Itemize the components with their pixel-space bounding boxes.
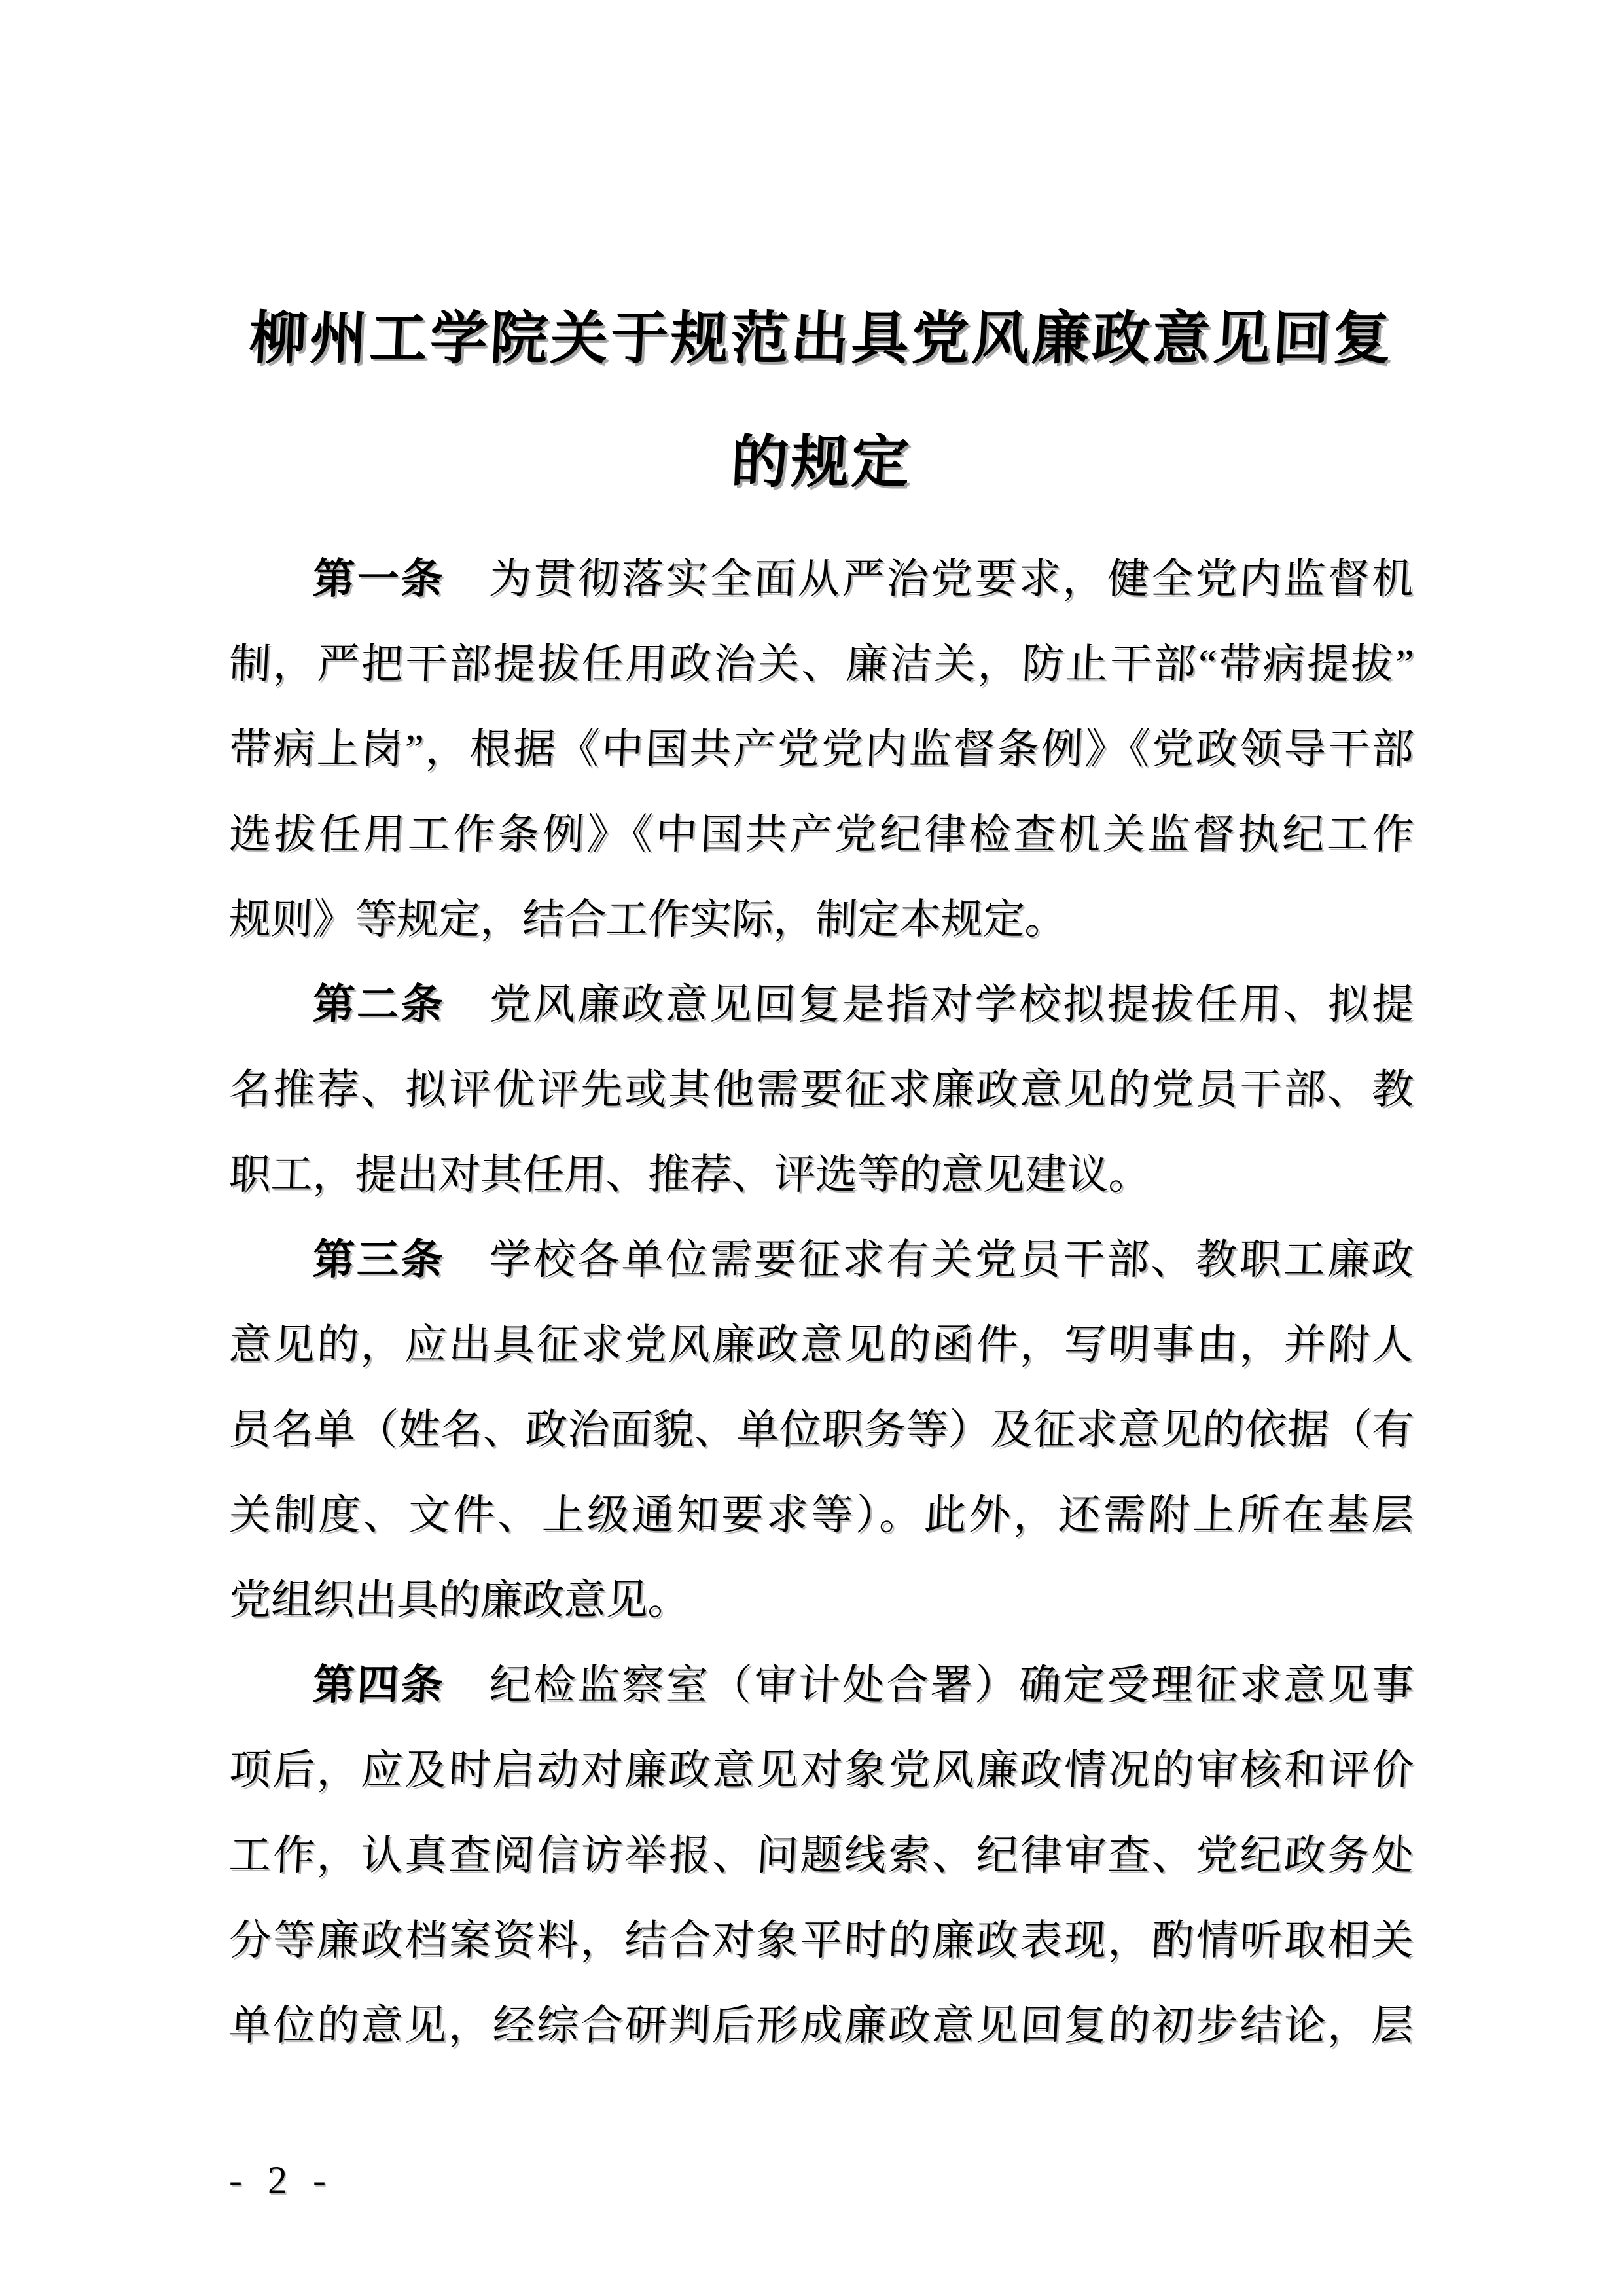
- body-line: 关制度、文件、上级通知要求等）。此外，还需附上所在基层: [227, 1473, 1416, 1558]
- body-line-text: 带病上岗”，根据《中国共产党党内监督条例》《党政领导干部: [228, 726, 1414, 772]
- document-body: 第一条 为贯彻落实全面从严治党要求，健全党内监督机 制，严把干部提拔任用政治关、…: [229, 537, 1414, 2068]
- body-line: 第四条 纪检监察室（审计处合署）确定受理征求意见事: [227, 1643, 1416, 1728]
- body-line: 名推荐、拟评优评先或其他需要征求廉政意见的党员干部、教: [227, 1047, 1416, 1132]
- body-line: 党组织出具的廉政意见。: [227, 1558, 1416, 1643]
- body-line: 第二条 党风廉政意见回复是指对学校拟提拔任用、拟提: [227, 962, 1416, 1047]
- article-label: 第二条: [312, 981, 490, 1028]
- body-line: 第一条 为贯彻落实全面从严治党要求，健全党内监督机: [227, 537, 1416, 622]
- document-title: 柳州工学院关于规范出具党风廉政意见回复 的规定: [229, 278, 1414, 525]
- body-line: 意见的，应出具征求党风廉政意见的函件，写明事由，并附人: [227, 1302, 1416, 1388]
- body-line-text: 员名单（姓名、政治面貌、单位职务等）及征求意见的依据（有: [228, 1407, 1414, 1453]
- article-label: 第一条: [312, 556, 490, 602]
- body-line-text: 职工，提出对其任用、推荐、评选等的意见建议。: [228, 1151, 1151, 1198]
- body-line-text: 选拔任用工作条例》《中国共产党纪律检查机关监督执纪工作: [228, 811, 1414, 857]
- body-line: 第三条 学校各单位需要征求有关党员干部、教职工廉政: [227, 1217, 1416, 1302]
- body-line-text: 规则》等规定，结合工作实际，制定本规定。: [228, 896, 1067, 942]
- body-line-text: 意见的，应出具征求党风廉政意见的函件，写明事由，并附人: [228, 1321, 1414, 1368]
- body-line-text: 党组织出具的廉政意见。: [228, 1577, 690, 1623]
- body-line: 制，严把干部提拔任用政治关、廉洁关，防止干部“带病提拔”: [227, 622, 1416, 707]
- document-page: 柳州工学院关于规范出具党风廉政意见回复 的规定 第一条 为贯彻落实全面从严治党要…: [0, 0, 1623, 2296]
- body-line: 选拔任用工作条例》《中国共产党纪律检查机关监督执纪工作: [227, 792, 1416, 877]
- body-line-text: 为贯彻落实全面从严治党要求，健全党内监督机: [488, 556, 1414, 602]
- body-line: 带病上岗”，根据《中国共产党党内监督条例》《党政领导干部: [227, 707, 1416, 792]
- body-line: 职工，提出对其任用、推荐、评选等的意见建议。: [227, 1132, 1416, 1217]
- title-line-2: 的规定: [226, 401, 1416, 525]
- body-line-text: 纪检监察室（审计处合署）确定受理征求意见事: [488, 1662, 1414, 1708]
- body-line: 工作，认真查阅信访举报、问题线索、纪律审查、党纪政务处: [227, 1813, 1416, 1898]
- title-line-1: 柳州工学院关于规范出具党风廉政意见回复: [226, 278, 1416, 401]
- body-line-text: 制，严把干部提拔任用政治关、廉洁关，防止干部“带病提拔”: [228, 641, 1414, 687]
- body-line-text: 关制度、文件、上级通知要求等）。此外，还需附上所在基层: [228, 1492, 1414, 1538]
- article-label: 第三条: [312, 1236, 490, 1283]
- body-line-text: 名推荐、拟评优评先或其他需要征求廉政意见的党员干部、教: [228, 1066, 1414, 1113]
- body-line: 员名单（姓名、政治面貌、单位职务等）及征求意见的依据（有: [227, 1388, 1416, 1473]
- body-line: 分等廉政档案资料，结合对象平时的廉政表现，酌情听取相关: [227, 1898, 1416, 1983]
- body-line-text: 党风廉政意见回复是指对学校拟提拔任用、拟提: [488, 981, 1414, 1028]
- body-line-text: 单位的意见，经综合研判后形成廉政意见回复的初步结论，层: [228, 2002, 1414, 2049]
- body-line: 项后，应及时启动对廉政意见对象党风廉政情况的审核和评价: [227, 1728, 1416, 1813]
- article-label: 第四条: [312, 1662, 490, 1708]
- body-line-text: 学校各单位需要征求有关党员干部、教职工廉政: [488, 1236, 1414, 1283]
- body-line-text: 工作，认真查阅信访举报、问题线索、纪律审查、党纪政务处: [228, 1832, 1414, 1878]
- body-line: 规则》等规定，结合工作实际，制定本规定。: [227, 877, 1416, 962]
- body-line-text: 分等廉政档案资料，结合对象平时的廉政表现，酌情听取相关: [228, 1917, 1414, 1964]
- body-line: 单位的意见，经综合研判后形成廉政意见回复的初步结论，层: [227, 1983, 1416, 2068]
- page-number: - 2 -: [229, 2154, 334, 2206]
- body-line-text: 项后，应及时启动对廉政意见对象党风廉政情况的审核和评价: [228, 1747, 1414, 1793]
